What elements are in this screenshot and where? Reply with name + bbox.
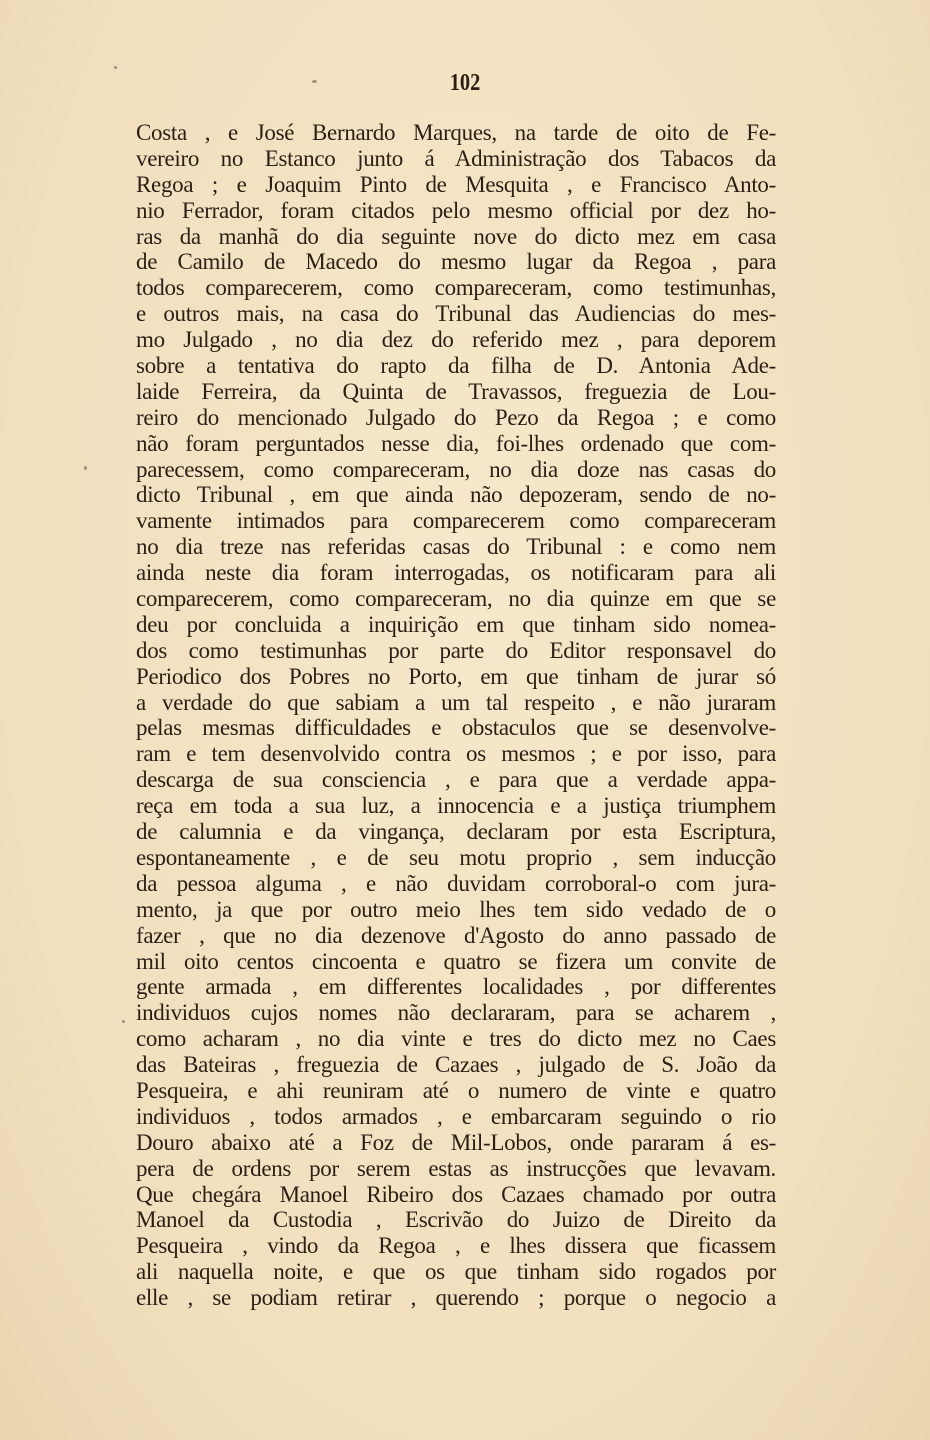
text-line: descarga de sua consciencia , e para que… xyxy=(136,767,776,793)
text-line: reça em toda a sua luz, a innocencia e a… xyxy=(136,793,776,819)
text-line: e outros mais, na casa do Tribunal das A… xyxy=(136,301,776,327)
text-line: pera de ordens por serem estas as instru… xyxy=(136,1156,776,1182)
text-line: todos comparecerem, como compareceram, c… xyxy=(136,275,776,301)
text-line: a verdade do que sabiam a um tal respeit… xyxy=(136,690,776,716)
paper-speck xyxy=(312,80,317,83)
text-line: ram e tem desenvolvido contra os mesmos … xyxy=(136,741,776,767)
text-line: deu por concluida a inquirição em que ti… xyxy=(136,612,776,638)
body-text: Costa , e José Bernardo Marques, na tard… xyxy=(136,120,776,1311)
text-line: não foram perguntados nesse dia, foi-lhe… xyxy=(136,431,776,457)
text-line: mento, ja que por outro meio lhes tem si… xyxy=(136,897,776,923)
text-line: de calumnia e da vingança, declaram por … xyxy=(136,819,776,845)
text-line: ali naquella noite, e que os que tinham … xyxy=(136,1259,776,1285)
text-line: ras da manhã do dia seguinte nove do dic… xyxy=(136,224,776,250)
text-line: vamente intimados para comparecerem como… xyxy=(136,508,776,534)
text-line: mo Julgado , no dia dez do referido mez … xyxy=(136,327,776,353)
text-line: Manoel da Custodia , Escrivão do Juizo d… xyxy=(136,1207,776,1233)
text-line: sobre a tentativa do rapto da filha de D… xyxy=(136,353,776,379)
text-line: como acharam , no dia vinte e tres do di… xyxy=(136,1026,776,1052)
text-line: comparecerem, como compareceram, no dia … xyxy=(136,586,776,612)
text-line: dos como testimunhas por parte do Editor… xyxy=(136,638,776,664)
text-line: parecessem, como compareceram, no dia do… xyxy=(136,457,776,483)
text-line: da pessoa alguma , e não duvidam corrobo… xyxy=(136,871,776,897)
text-line: Periodico dos Pobres no Porto, em que ti… xyxy=(136,664,776,690)
text-line: dicto Tribunal , em que ainda não depoze… xyxy=(136,482,776,508)
document-page: 102 Costa , e José Bernardo Marques, na … xyxy=(0,0,930,1440)
text-line: vereiro no Estanco junto á Administração… xyxy=(136,146,776,172)
text-line: individuos , todos armados , e embarcara… xyxy=(136,1104,776,1130)
text-line: ainda neste dia foram interrogadas, os n… xyxy=(136,560,776,586)
text-line: nio Ferrador, foram citados pelo mesmo o… xyxy=(136,198,776,224)
text-line: Pesqueira , vindo da Regoa , e lhes diss… xyxy=(136,1233,776,1259)
text-line: das Bateiras , freguezia de Cazaes , jul… xyxy=(136,1052,776,1078)
text-line: reiro do mencionado Julgado do Pezo da R… xyxy=(136,405,776,431)
text-line: Costa , e José Bernardo Marques, na tard… xyxy=(136,120,776,146)
paper-speck xyxy=(122,1020,125,1023)
text-line: mil oito centos cincoenta e quatro se fi… xyxy=(136,949,776,975)
text-line: Regoa ; e Joaquim Pinto de Mesquita , e … xyxy=(136,172,776,198)
text-line: no dia treze nas referidas casas do Trib… xyxy=(136,534,776,560)
text-line: de Camilo de Macedo do mesmo lugar da Re… xyxy=(136,249,776,275)
text-line: Douro abaixo até a Foz de Mil-Lobos, ond… xyxy=(136,1130,776,1156)
text-line: Pesqueira, e ahi reuniram até o numero d… xyxy=(136,1078,776,1104)
paper-speck xyxy=(114,66,117,69)
text-line: gente armada , em differentes localidade… xyxy=(136,974,776,1000)
page-number: 102 xyxy=(70,70,861,97)
text-line: espontaneamente , e de seu motu proprio … xyxy=(136,845,776,871)
text-line: laide Ferreira, da Quinta de Travassos, … xyxy=(136,379,776,405)
text-line: Que chegára Manoel Ribeiro dos Cazaes ch… xyxy=(136,1182,776,1208)
text-line: pelas mesmas difficuldades e obstaculos … xyxy=(136,715,776,741)
paper-speck xyxy=(84,466,87,470)
text-line: fazer , que no dia dezenove d'Agosto do … xyxy=(136,923,776,949)
text-line: elle , se podiam retirar , querendo ; po… xyxy=(136,1285,776,1311)
text-line: individuos cujos nomes não declararam, p… xyxy=(136,1000,776,1026)
